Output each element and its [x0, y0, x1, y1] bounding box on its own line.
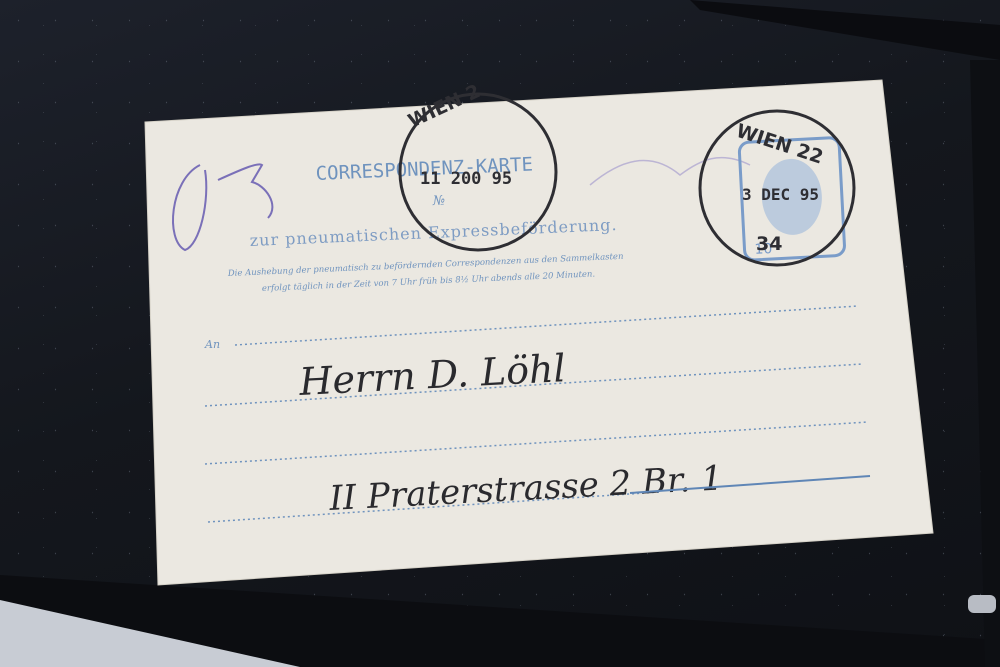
number-label: № — [432, 193, 446, 209]
photo-scene: CORRESPONDENZ-KARTE № zur pneumatischen … — [0, 0, 1000, 667]
sleeve-top-edge — [690, 0, 1000, 60]
binder-ring-icon — [968, 595, 996, 613]
postmark-right-date: 3 DEC 95 — [742, 185, 819, 204]
postmark-left-date: 11 200 95 — [420, 169, 512, 189]
postcard-illustration: CORRESPONDENZ-KARTE № zur pneumatischen … — [0, 0, 1000, 667]
address-label: An — [204, 338, 220, 351]
sleeve-right-fold — [970, 60, 1000, 667]
postmark-right-number: 34 — [756, 233, 782, 255]
